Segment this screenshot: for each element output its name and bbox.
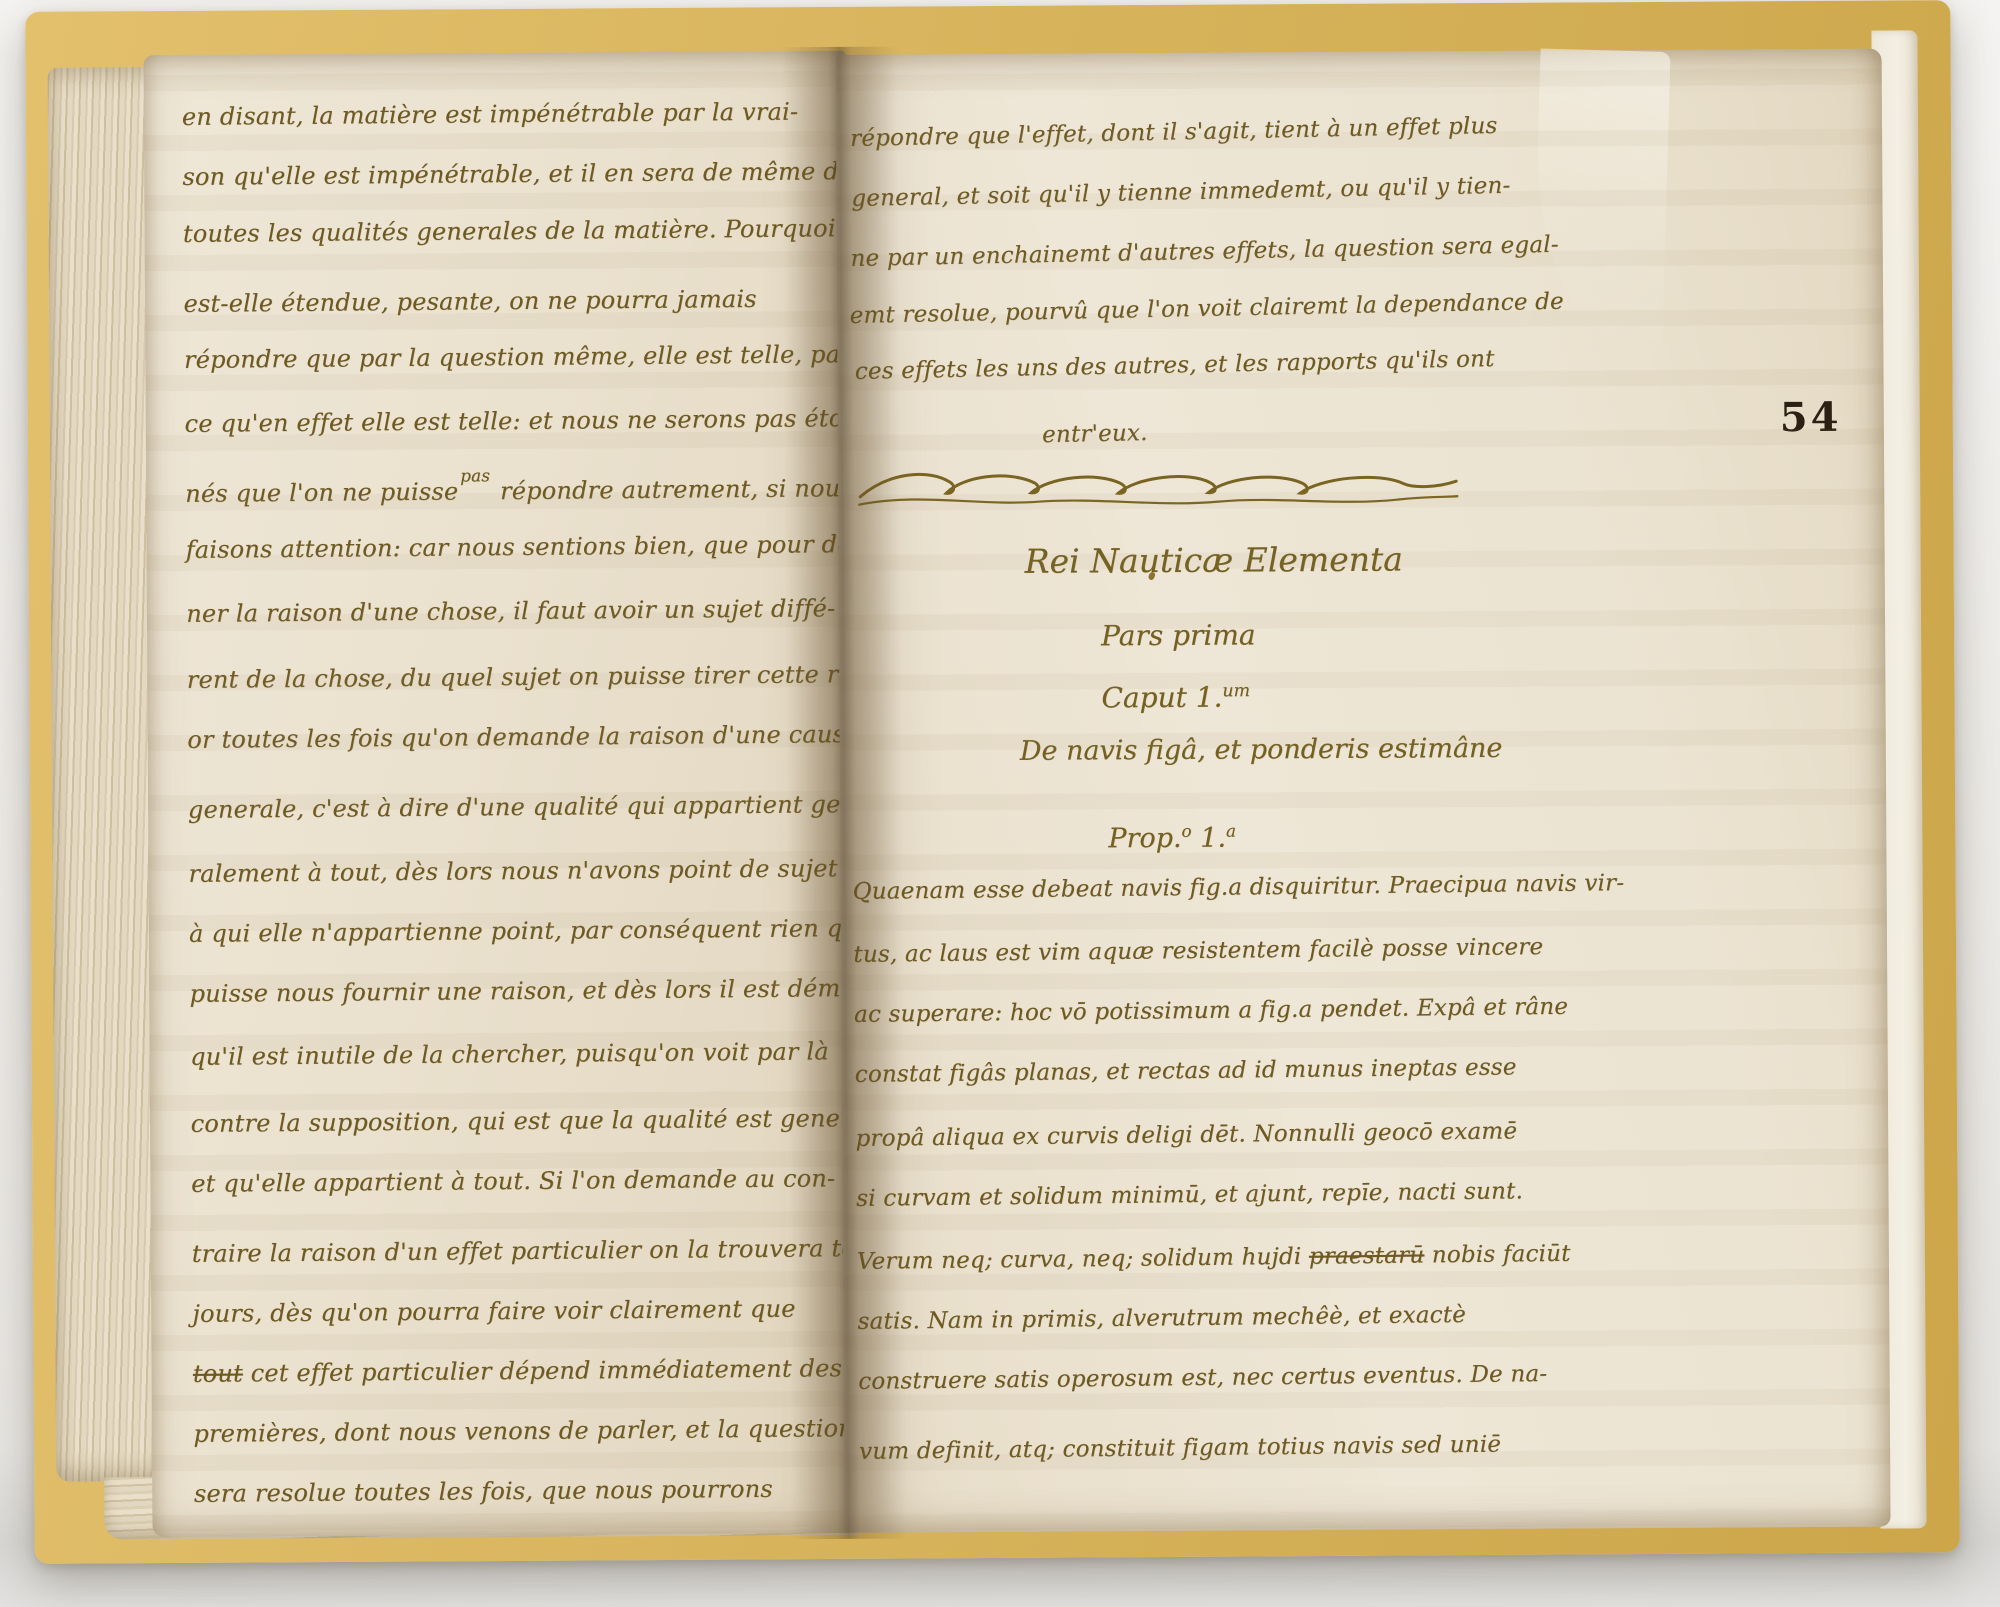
manuscript-line: construere satis operosum est, nec certu… [858,1361,1547,1395]
manuscript-line: tout cet effet particulier dépend immédi… [193,1353,933,1387]
manuscript-line: Verum neq; curva, neq; solidum hujdi pra… [857,1241,1571,1275]
manuscript-line: faisons attention: car nous sentions bie… [186,530,876,564]
manuscript-line: qu'il est inutile de la chercher, puisqu… [190,1037,829,1071]
manuscript-line: son qu'elle est impénétrable, et il en s… [182,157,853,191]
right-page: répondre que l'effet, dont il s'agit, ti… [836,49,1891,1533]
manuscript-line: propâ aliqua ex curvis deligi dēt. Nonnu… [855,1118,1517,1152]
line-segment: Verum neq; curva, neq; solidum hujdi [857,1244,1309,1275]
manuscript-line: sera resolue toutes les fois, que nous p… [194,1475,773,1508]
manuscript-line: vum definit, atq; constituit figam totiu… [859,1432,1501,1465]
manuscript-line: à qui elle n'appartienne point, par cons… [189,914,866,948]
manuscript-line: constat figâs planas, et rectas ad id mu… [855,1054,1517,1088]
manuscript-line: et qu'elle appartient à tout. Si l'on de… [191,1164,835,1198]
left-page-text: en disant, la matière est impénétrable p… [143,49,858,1537]
line-segment: nobis faciūt [1424,1241,1571,1269]
manuscript-line: traire la raison d'un effet particulier … [192,1234,880,1268]
manuscript-line: répondre que par la question même, elle … [184,340,852,374]
manuscript-line: contre la supposition, qui est que la qu… [191,1104,889,1138]
line-segment: cet effet particulier dépend immédiateme… [243,1353,933,1387]
inserted-word: pas [460,465,490,485]
struck-word: praestarū [1309,1242,1425,1269]
manuscript-line: ac superare: hoc vō potissimum a fig.a p… [854,994,1568,1028]
manuscript-line: toutes les qualités generales de la mati… [183,214,836,248]
manuscript-book: en disant, la matière est impénétrable p… [25,0,1959,1564]
manuscript-line: Quaenam esse debeat navis fig.a disquiri… [853,870,1625,905]
manuscript-line: ralement à tout, dès lors nous n'avons p… [188,854,837,888]
manuscript-line: ce qu'en effet elle est telle: et nous n… [184,404,867,438]
manuscript-line: puisse nous fournir une raison, et dès l… [189,974,906,1008]
manuscript-line: premières, dont nous venons de parler, e… [193,1414,854,1448]
line-segment: nés que l'on ne puisse [185,478,458,508]
manuscript-line: tus, ac laus est vim aquæ resistentem fa… [853,934,1543,968]
struck-word: tout [193,1359,243,1387]
manuscript-line: est-elle étendue, pesante, on ne pourra … [183,285,756,318]
left-page: en disant, la matière est impénétrable p… [144,51,855,1537]
latin-body: Quaenam esse debeat navis fig.a disquiri… [831,43,1894,1533]
manuscript-line: or toutes les fois qu'on demande la rais… [187,720,859,754]
manuscript-line: generale, c'est à dire d'une qualité qui… [188,790,879,824]
manuscript-line: satis. Nam in primis, alverutrum mechêè,… [857,1302,1466,1335]
manuscript-line: en disant, la matière est impénétrable p… [182,98,799,131]
manuscript-line: rent de la chose, du quel sujet on puiss… [187,660,904,694]
manuscript-line: ner la raison d'une chose, il faut avoir… [186,594,835,628]
line-segment: répondre autrement, si nous y [492,474,874,505]
manuscript-line: nés que l'on ne puissepas répondre autre… [185,474,874,508]
manuscript-line: si curvam et solidum minimū, et ajunt, r… [856,1178,1523,1212]
photo-backdrop: en disant, la matière est impénétrable p… [0,0,2000,1607]
manuscript-line: jours, dès qu'on pourra faire voir clair… [192,1295,795,1328]
